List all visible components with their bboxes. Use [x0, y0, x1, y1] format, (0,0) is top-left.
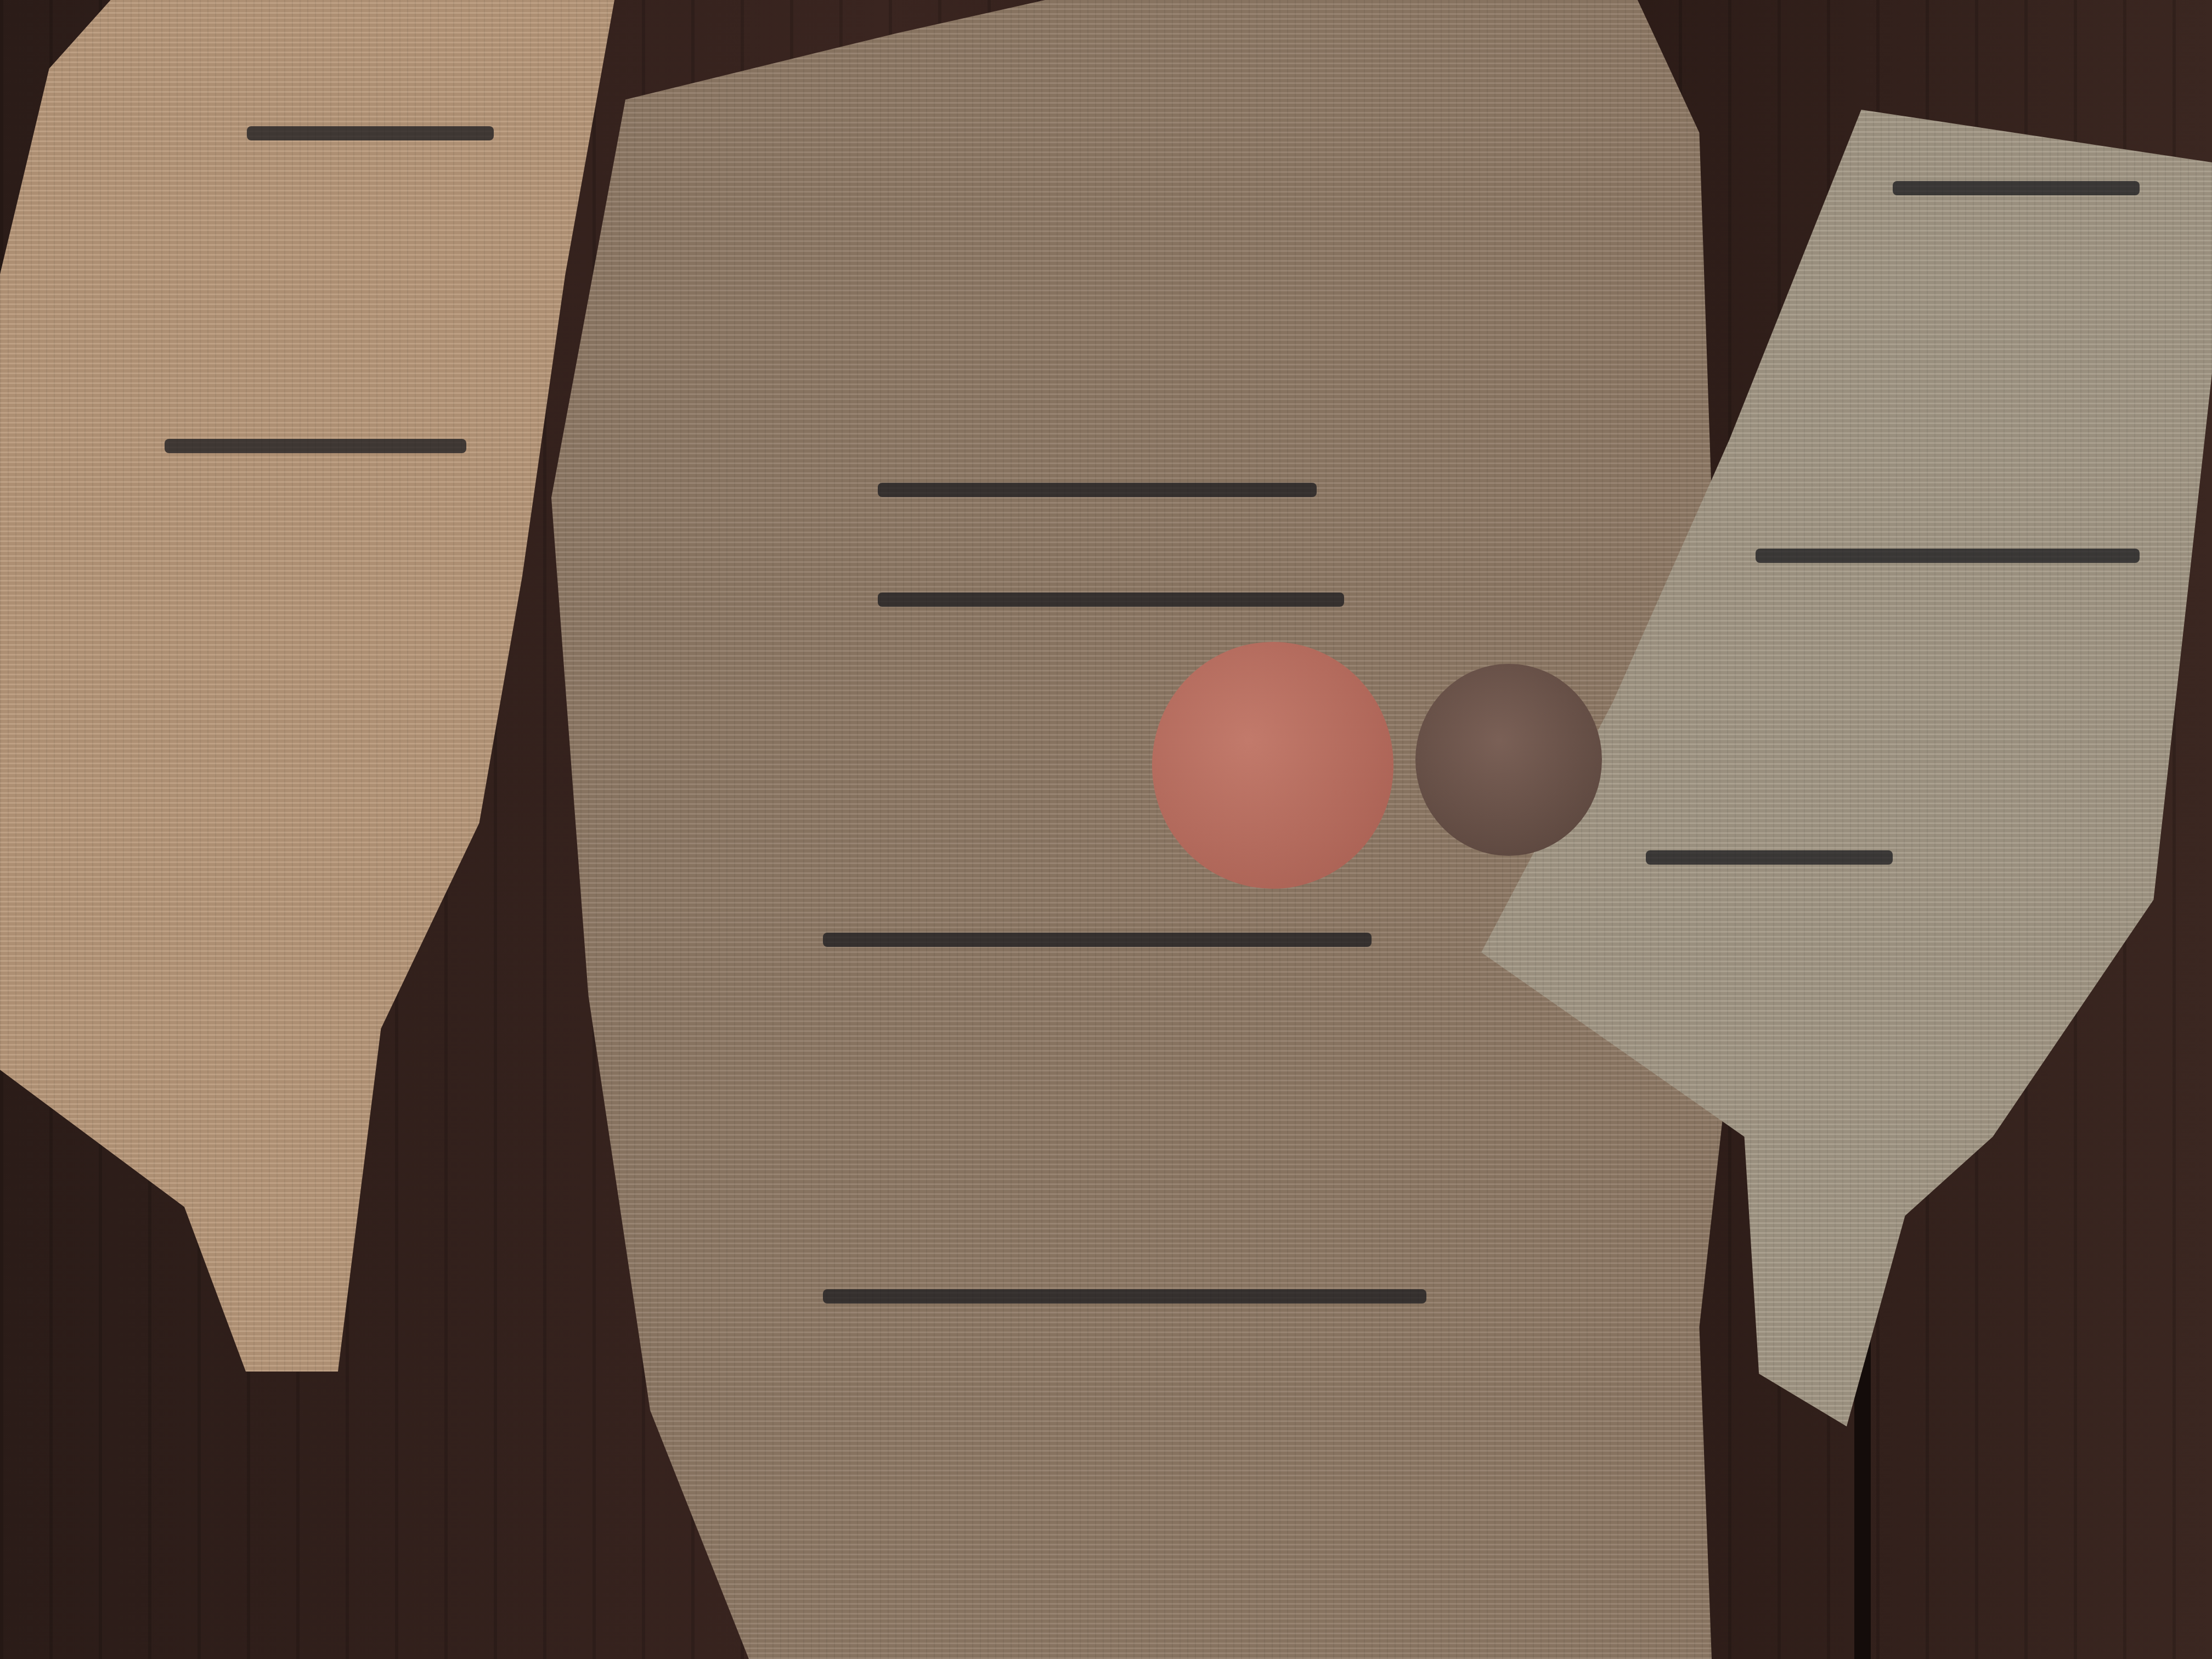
ink-line: [1893, 181, 2140, 195]
ink-line: [1646, 850, 1893, 865]
ink-line: [823, 933, 1372, 947]
ink-line: [878, 483, 1317, 497]
ink-line: [165, 439, 466, 453]
red-clay-seal: [1152, 642, 1393, 889]
ink-line: [1756, 549, 2140, 563]
ink-line: [247, 126, 494, 140]
ink-line: [878, 592, 1344, 607]
ink-line: [823, 1289, 1426, 1304]
brown-clay-seal: [1415, 664, 1602, 856]
